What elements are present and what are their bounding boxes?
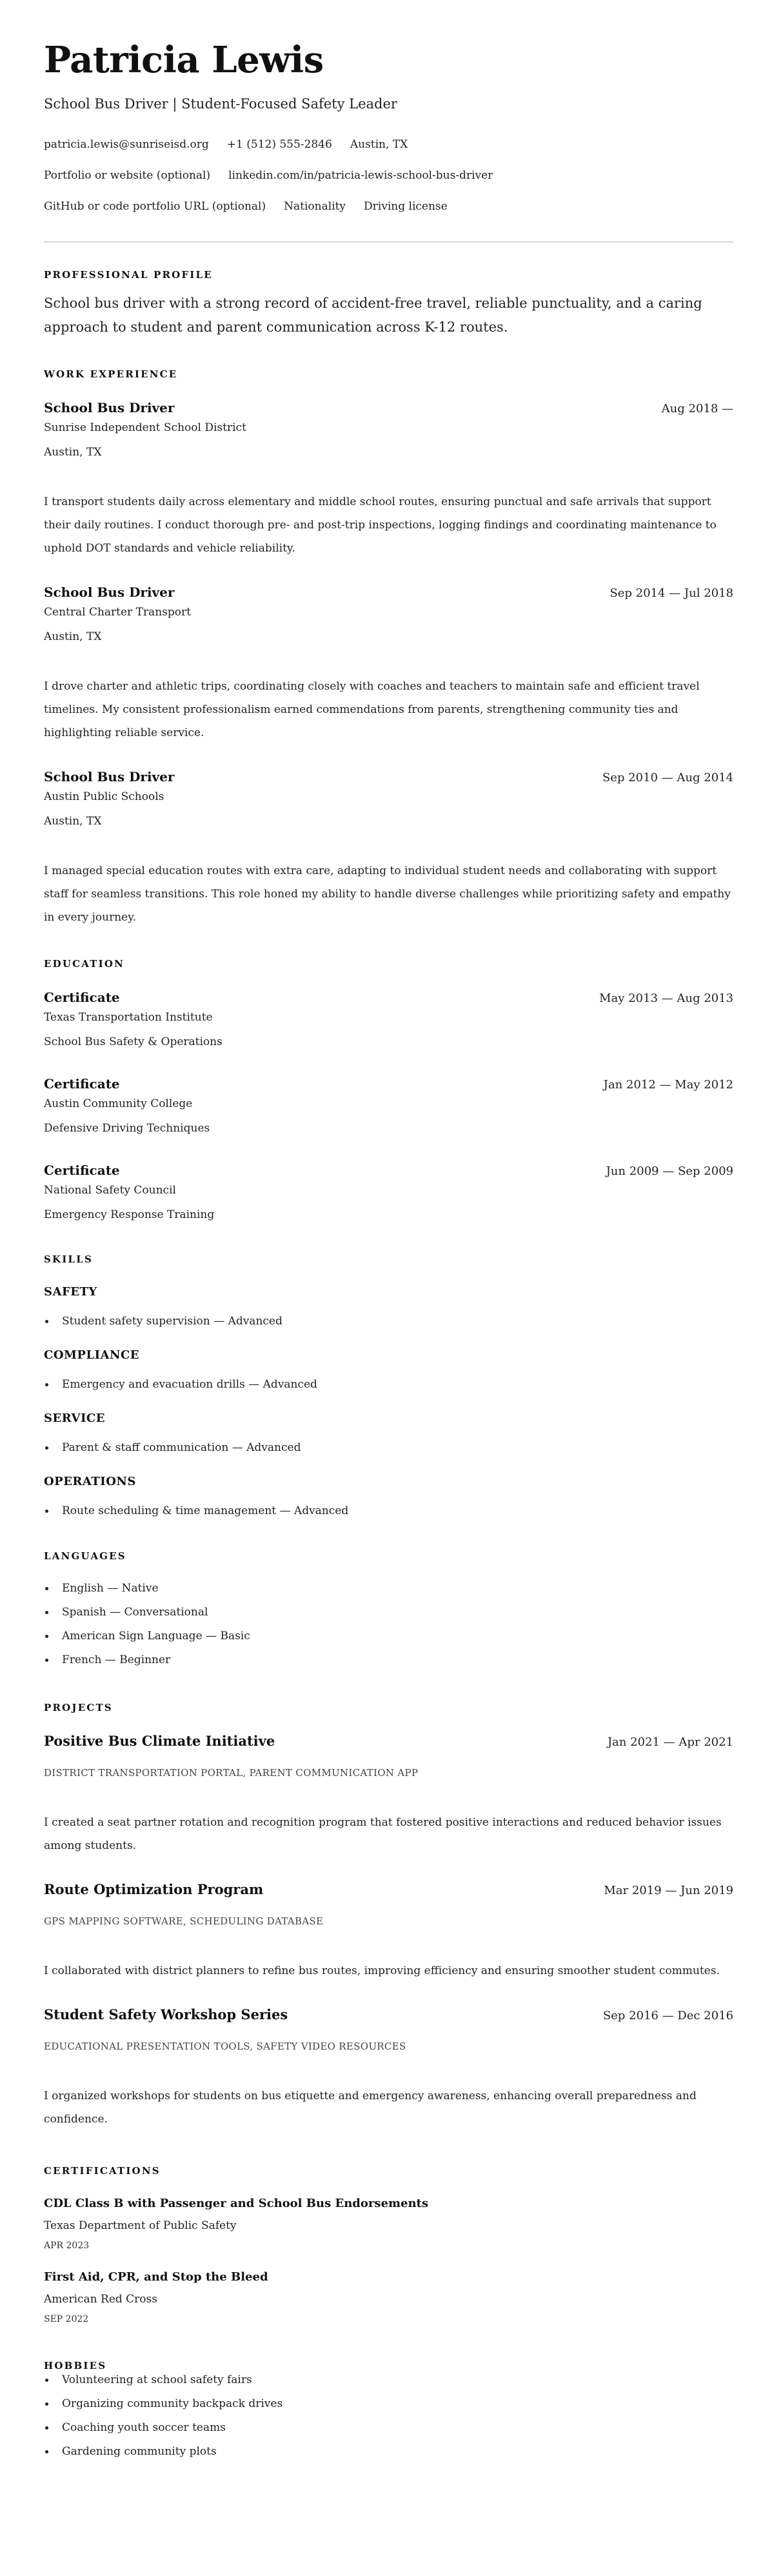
languages-list: English — NativeSpanish — Conversational… bbox=[44, 1581, 733, 1668]
certifications-section: Certifications CDL Class B with Passenge… bbox=[44, 2164, 733, 2326]
work-entry-header: School Bus DriverSep 2014 — Jul 2018 bbox=[44, 583, 733, 603]
certification-entry: CDL Class B with Passenger and School Bu… bbox=[44, 2195, 733, 2252]
project-tech-stack: District Transportation Portal, Parent C… bbox=[44, 1766, 733, 1780]
portfolio-link[interactable]: Portfolio or website (optional) bbox=[44, 168, 210, 183]
project-tech-stack: GPS Mapping Software, Scheduling Databas… bbox=[44, 1914, 733, 1928]
skill-group: OPERATIONSRoute scheduling & time manage… bbox=[44, 1473, 733, 1519]
education-entry-header: CertificateJan 2012 — May 2012 bbox=[44, 1075, 733, 1094]
skill-items: Emergency and evacuation drills — Advanc… bbox=[44, 1377, 733, 1392]
contact-row-primary: patricia.lewis@sunriseisd.org +1 (512) 5… bbox=[44, 137, 733, 152]
education-list: CertificateMay 2013 — Aug 2013Texas Tran… bbox=[44, 988, 733, 1223]
section-title-languages: Languages bbox=[44, 1550, 733, 1563]
skill-items: Route scheduling & time management — Adv… bbox=[44, 1503, 733, 1519]
hobby-item: Coaching youth soccer teams bbox=[44, 2420, 733, 2435]
institution-name: National Safety Council bbox=[44, 1182, 733, 1199]
certification-name: CDL Class B with Passenger and School Bu… bbox=[44, 2195, 733, 2212]
project-header: Student Safety Workshop SeriesSep 2016 —… bbox=[44, 2006, 733, 2025]
profile-section: Professional Profile School bus driver w… bbox=[44, 268, 733, 339]
certifications-list: CDL Class B with Passenger and School Bu… bbox=[44, 2195, 733, 2326]
job-location: Austin, TX bbox=[44, 444, 733, 461]
languages-section: Languages English — NativeSpanish — Conv… bbox=[44, 1550, 733, 1668]
hobby-item: Volunteering at school safety fairs bbox=[44, 2372, 733, 2388]
skill-items: Parent & staff communication — Advanced bbox=[44, 1440, 733, 1455]
work-experience-section: Work Experience School Bus DriverAug 201… bbox=[44, 368, 733, 929]
hobbies-list: Volunteering at school safety fairsOrgan… bbox=[44, 2372, 733, 2459]
project-name: Route Optimization Program bbox=[44, 1881, 263, 1899]
employer-name: Central Charter Transport bbox=[44, 604, 733, 621]
field-of-study: Defensive Driving Techniques bbox=[44, 1120, 733, 1137]
driving-license: Driving license bbox=[364, 199, 448, 214]
phone-number[interactable]: +1 (512) 555-2846 bbox=[227, 137, 332, 152]
field-of-study: Emergency Response Training bbox=[44, 1206, 733, 1223]
job-location: Austin, TX bbox=[44, 628, 733, 645]
work-entry: School Bus DriverAug 2018 —Sunrise Indep… bbox=[44, 399, 733, 560]
education-entry: CertificateMay 2013 — Aug 2013Texas Tran… bbox=[44, 988, 733, 1050]
job-location: Austin, TX bbox=[44, 813, 733, 830]
institution-name: Texas Transportation Institute bbox=[44, 1009, 733, 1026]
hobby-item: Gardening community plots bbox=[44, 2444, 733, 2459]
work-entry: School Bus DriverSep 2010 — Aug 2014Aust… bbox=[44, 768, 733, 929]
project-entry: Positive Bus Climate InitiativeJan 2021 … bbox=[44, 1732, 733, 1857]
profile-summary: School bus driver with a strong record o… bbox=[44, 292, 733, 339]
skill-category: COMPLIANCE bbox=[44, 1347, 733, 1364]
education-entry: CertificateJun 2009 — Sep 2009National S… bbox=[44, 1161, 733, 1223]
skill-item: Emergency and evacuation drills — Advanc… bbox=[44, 1377, 733, 1392]
education-dates: May 2013 — Aug 2013 bbox=[599, 990, 733, 1008]
degree-title: Certificate bbox=[44, 1161, 120, 1179]
language-item: Spanish — Conversational bbox=[44, 1604, 733, 1620]
linkedin-link[interactable]: linkedin.com/in/patricia-lewis-school-bu… bbox=[228, 168, 493, 183]
job-title: School Bus Driver bbox=[44, 583, 174, 601]
project-dates: Mar 2019 — Jun 2019 bbox=[604, 1882, 733, 1900]
work-entry: School Bus DriverSep 2014 — Jul 2018Cent… bbox=[44, 583, 733, 744]
project-name: Student Safety Workshop Series bbox=[44, 2006, 288, 2024]
work-list: School Bus DriverAug 2018 —Sunrise Indep… bbox=[44, 399, 733, 929]
skill-group: SAFETYStudent safety supervision — Advan… bbox=[44, 1284, 733, 1329]
section-title-projects: Projects bbox=[44, 1701, 733, 1714]
skill-item: Parent & staff communication — Advanced bbox=[44, 1440, 733, 1455]
section-title-certifications: Certifications bbox=[44, 2164, 733, 2177]
headline: School Bus Driver | Student-Focused Safe… bbox=[44, 94, 733, 114]
project-entry: Student Safety Workshop SeriesSep 2016 —… bbox=[44, 2006, 733, 2131]
project-name: Positive Bus Climate Initiative bbox=[44, 1732, 275, 1750]
section-title-work: Work Experience bbox=[44, 368, 733, 381]
skill-item: Student safety supervision — Advanced bbox=[44, 1313, 733, 1329]
employer-name: Sunrise Independent School District bbox=[44, 419, 733, 436]
project-header: Positive Bus Climate InitiativeJan 2021 … bbox=[44, 1732, 733, 1752]
candidate-name: Patricia Lewis bbox=[44, 37, 733, 83]
section-title-education: Education bbox=[44, 957, 733, 970]
certification-entry: First Aid, CPR, and Stop the BleedAmeric… bbox=[44, 2269, 733, 2326]
job-dates: Aug 2018 — bbox=[662, 400, 733, 418]
job-title: School Bus Driver bbox=[44, 399, 174, 417]
resume-page: Patricia Lewis School Bus Driver | Stude… bbox=[0, 0, 774, 2459]
contact-row-extra: GitHub or code portfolio URL (optional) … bbox=[44, 199, 733, 214]
language-item: American Sign Language — Basic bbox=[44, 1628, 733, 1644]
job-description: I managed special education routes with … bbox=[44, 859, 733, 929]
nationality: Nationality bbox=[284, 199, 346, 214]
location: Austin, TX bbox=[350, 137, 408, 152]
education-entry: CertificateJan 2012 — May 2012Austin Com… bbox=[44, 1075, 733, 1137]
language-item: English — Native bbox=[44, 1581, 733, 1596]
contact-row-links: Portfolio or website (optional) linkedin… bbox=[44, 168, 733, 183]
project-entry: Route Optimization ProgramMar 2019 — Jun… bbox=[44, 1881, 733, 1982]
resume-header: Patricia Lewis School Bus Driver | Stude… bbox=[44, 37, 733, 214]
skill-category: SAFETY bbox=[44, 1284, 733, 1301]
work-entry-header: School Bus DriverSep 2010 — Aug 2014 bbox=[44, 768, 733, 787]
employer-name: Austin Public Schools bbox=[44, 788, 733, 805]
project-dates: Jan 2021 — Apr 2021 bbox=[608, 1733, 733, 1752]
project-header: Route Optimization ProgramMar 2019 — Jun… bbox=[44, 1881, 733, 1900]
certification-date: Apr 2023 bbox=[44, 2239, 733, 2252]
section-title-skills: Skills bbox=[44, 1253, 733, 1266]
skill-category: OPERATIONS bbox=[44, 1473, 733, 1490]
section-title-hobbies: Hobbies bbox=[44, 2359, 733, 2372]
education-dates: Jan 2012 — May 2012 bbox=[604, 1076, 733, 1094]
degree-title: Certificate bbox=[44, 1075, 120, 1093]
job-description: I drove charter and athletic trips, coor… bbox=[44, 675, 733, 744]
project-dates: Sep 2016 — Dec 2016 bbox=[603, 2007, 733, 2025]
education-section: Education CertificateMay 2013 — Aug 2013… bbox=[44, 957, 733, 1223]
skill-group: SERVICEParent & staff communication — Ad… bbox=[44, 1410, 733, 1455]
skill-item: Route scheduling & time management — Adv… bbox=[44, 1503, 733, 1519]
work-entry-header: School Bus DriverAug 2018 — bbox=[44, 399, 733, 418]
email-link[interactable]: patricia.lewis@sunriseisd.org bbox=[44, 137, 209, 152]
skill-items: Student safety supervision — Advanced bbox=[44, 1313, 733, 1329]
section-title-profile: Professional Profile bbox=[44, 268, 733, 281]
certification-issuer: American Red Cross bbox=[44, 2291, 733, 2308]
projects-list: Positive Bus Climate InitiativeJan 2021 … bbox=[44, 1732, 733, 2131]
header-divider bbox=[44, 241, 733, 243]
skills-list: SAFETYStudent safety supervision — Advan… bbox=[44, 1284, 733, 1519]
education-dates: Jun 2009 — Sep 2009 bbox=[606, 1163, 733, 1181]
job-dates: Sep 2014 — Jul 2018 bbox=[610, 584, 733, 603]
project-description: I collaborated with district planners to… bbox=[44, 1959, 733, 1982]
skill-category: SERVICE bbox=[44, 1410, 733, 1427]
education-entry-header: CertificateMay 2013 — Aug 2013 bbox=[44, 988, 733, 1008]
institution-name: Austin Community College bbox=[44, 1095, 733, 1112]
projects-section: Projects Positive Bus Climate Initiative… bbox=[44, 1701, 733, 2131]
hobby-item: Organizing community backpack drives bbox=[44, 2396, 733, 2411]
certification-issuer: Texas Department of Public Safety bbox=[44, 2217, 733, 2234]
language-item: French — Beginner bbox=[44, 1652, 733, 1668]
skills-section: Skills SAFETYStudent safety supervision … bbox=[44, 1253, 733, 1519]
certification-name: First Aid, CPR, and Stop the Bleed bbox=[44, 2269, 733, 2286]
job-dates: Sep 2010 — Aug 2014 bbox=[602, 769, 733, 787]
project-description: I created a seat partner rotation and re… bbox=[44, 1811, 733, 1857]
project-description: I organized workshops for students on bu… bbox=[44, 2084, 733, 2131]
degree-title: Certificate bbox=[44, 988, 120, 1006]
skill-group: COMPLIANCEEmergency and evacuation drill… bbox=[44, 1347, 733, 1392]
education-entry-header: CertificateJun 2009 — Sep 2009 bbox=[44, 1161, 733, 1181]
github-link[interactable]: GitHub or code portfolio URL (optional) bbox=[44, 199, 266, 214]
field-of-study: School Bus Safety & Operations bbox=[44, 1033, 733, 1050]
project-tech-stack: Educational Presentation Tools, Safety V… bbox=[44, 2039, 733, 2053]
job-description: I transport students daily across elemen… bbox=[44, 490, 733, 560]
job-title: School Bus Driver bbox=[44, 768, 174, 786]
hobbies-section: Hobbies Volunteering at school safety fa… bbox=[44, 2359, 733, 2459]
certification-date: Sep 2022 bbox=[44, 2313, 733, 2326]
